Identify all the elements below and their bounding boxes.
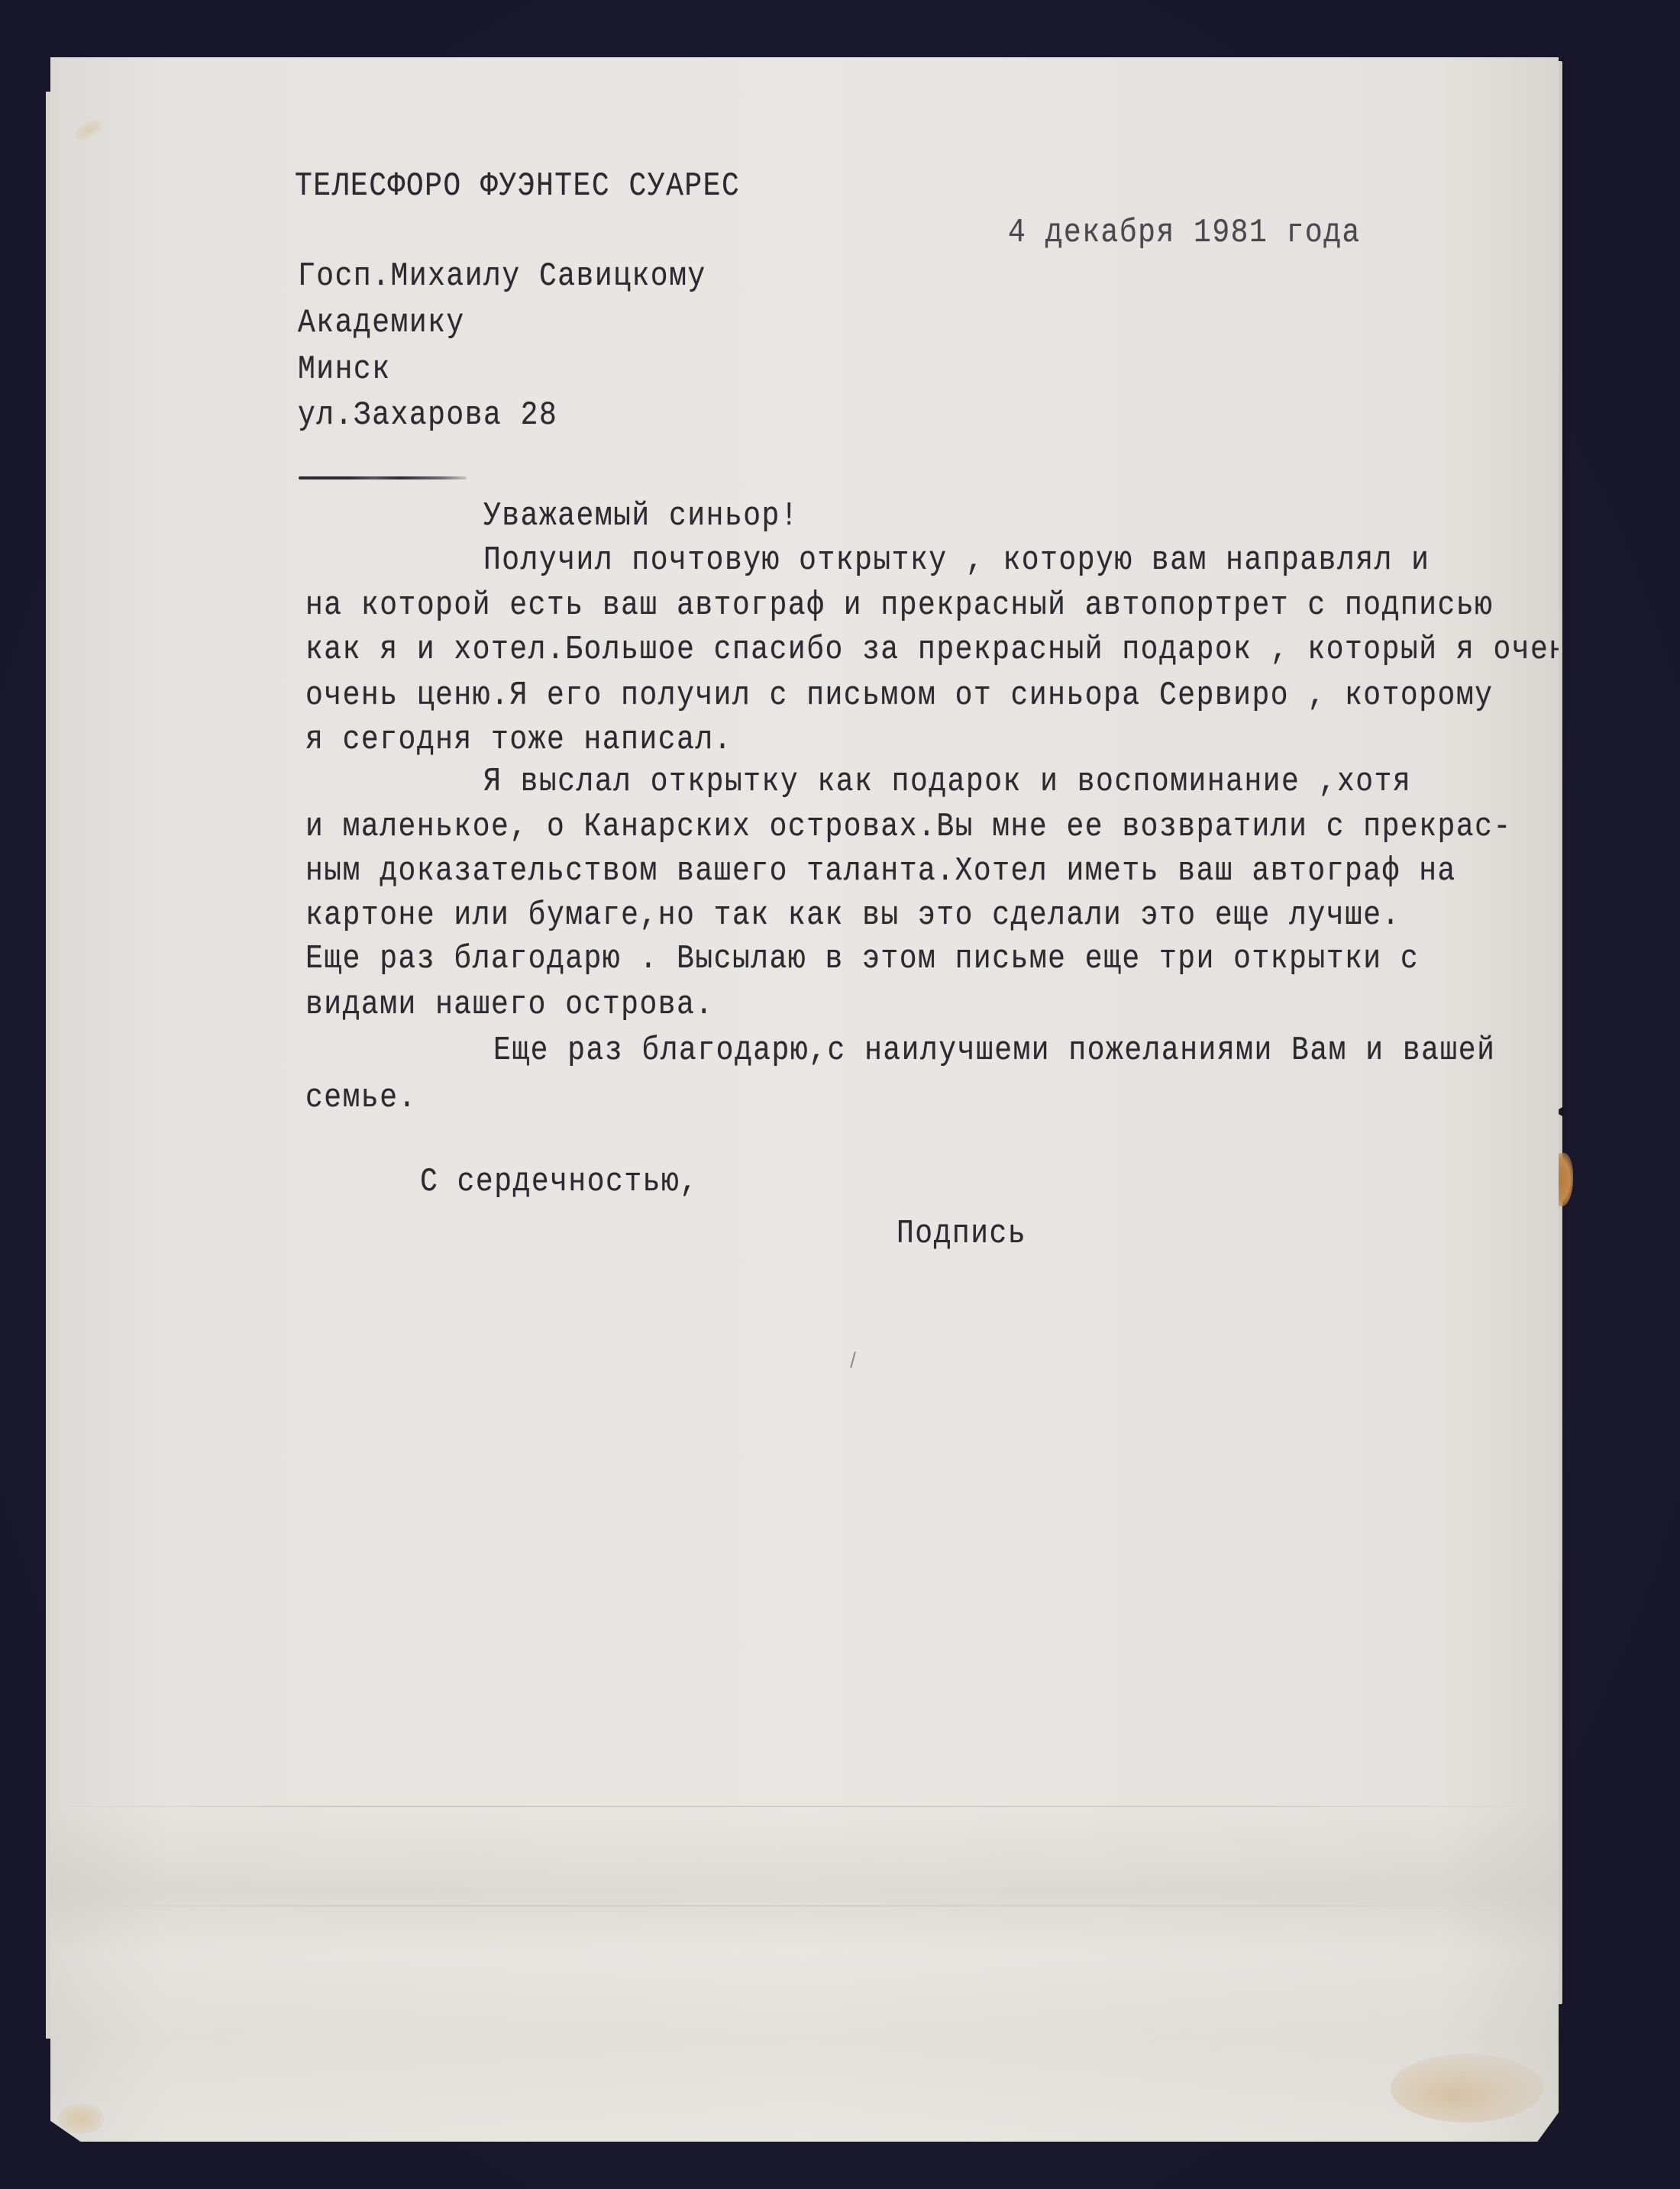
body-line: Еще раз благодарю . Высылаю в этом письм… xyxy=(305,943,1419,977)
body-line: очень ценю.Я его получил с письмом от си… xyxy=(305,680,1493,713)
body-line: Получил почтовую открытку , которую вам … xyxy=(483,544,1430,578)
letter-sheet: ТЕЛЕСФОРО ФУЭНТЕС СУАРЕС 4 декабря 1981 … xyxy=(50,57,1559,2142)
recipient-city: Минск xyxy=(298,354,391,387)
body-line: семье. xyxy=(305,1082,417,1115)
body-line: как я и хотел.Большое спасибо за прекрас… xyxy=(305,634,1568,667)
body-line: ным доказательством вашего таланта.Хотел… xyxy=(305,855,1456,889)
paper-crease xyxy=(50,1806,1559,1807)
recipient-street: ул.Захарова 28 xyxy=(298,399,557,433)
letter-date: 4 декабря 1981 года xyxy=(1008,217,1361,250)
recipient-title: Академику xyxy=(298,307,465,341)
body-line: Я выслал открытку как подарок и воспомин… xyxy=(483,766,1411,799)
paper-stain xyxy=(58,2103,104,2134)
recipient-name: Госп.Михаилу Савицкому xyxy=(298,260,706,294)
paper-stain xyxy=(72,115,106,144)
body-line: картоне или бумаге,но так как вы это сде… xyxy=(305,899,1401,933)
body-line: видами нашего острова. xyxy=(305,989,714,1022)
body-line: и маленькое, о Канарских островах.Вы мне… xyxy=(305,811,1512,844)
paper-crease xyxy=(50,1905,1559,1906)
pencil-mark xyxy=(850,1351,856,1368)
body-line: я сегодня тоже написал. xyxy=(305,724,732,757)
signature-placeholder: Подпись xyxy=(897,1218,1026,1251)
body-line: на которой есть ваш автограф и прекрасны… xyxy=(305,589,1493,623)
salutation: Уважаемый синьор! xyxy=(483,500,799,534)
sender-name: ТЕЛЕСФОРО ФУЭНТЕС СУАРЕС xyxy=(295,170,740,204)
paper-stain xyxy=(1391,2054,1543,2123)
separator-line xyxy=(299,476,467,479)
closing: С сердечностью, xyxy=(420,1166,699,1199)
body-line: Еще раз благодарю,с наилучшеми пожелания… xyxy=(493,1035,1495,1068)
